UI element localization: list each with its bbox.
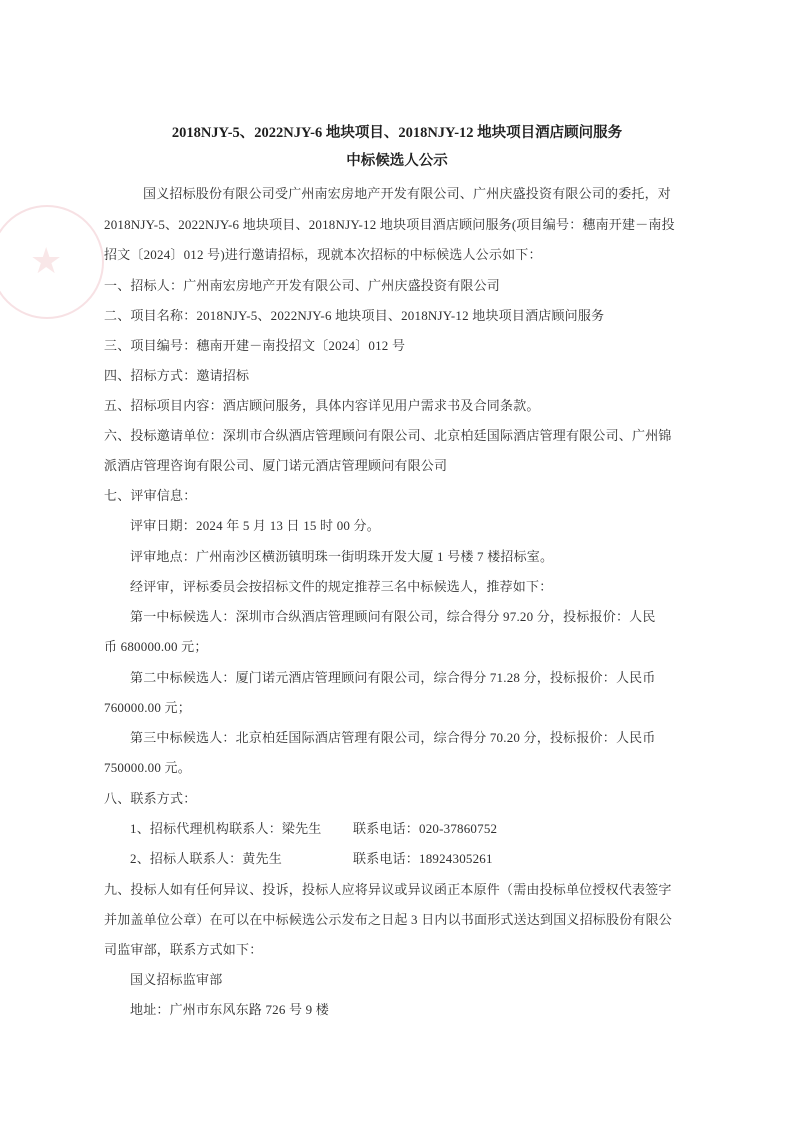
candidate-2-line-1: 第二中标候选人：厦门诺元酒店管理顾问有限公司，综合得分 71.28 分，投标报价…	[130, 667, 656, 686]
agent-contact: 1、招标代理机构联系人：梁先生	[130, 818, 322, 837]
intro-line-3: 招文〔2024〕012 号)进行邀请招标，现就本次招标的中标候选人公示如下：	[104, 244, 542, 263]
tenderer-contact: 2、招标人联系人：黄先生	[130, 848, 282, 867]
tenderer-phone: 联系电话：18924305261	[353, 848, 493, 867]
section-project-number: 三、项目编号：穗南开建－南投招文〔2024〕012 号	[104, 335, 405, 354]
review-date: 评审日期：2024 年 5 月 13 日 15 时 00 分。	[130, 515, 380, 534]
supervision-address: 地址：广州市东风东路 726 号 9 楼	[130, 999, 329, 1018]
objection-line-3: 司监审部，联系方式如下：	[104, 939, 262, 958]
supervision-dept: 国义招标监审部	[130, 969, 222, 988]
agent-phone: 联系电话：020-37860752	[353, 818, 497, 837]
section-tender-method: 四、招标方式：邀请招标	[104, 365, 249, 384]
section-review-info: 七、评审信息：	[104, 485, 196, 504]
section-contacts: 八、联系方式：	[104, 788, 196, 807]
star-icon: ★	[30, 241, 62, 282]
candidate-1-line-1: 第一中标候选人：深圳市合纵酒店管理顾问有限公司，综合得分 97.20 分，投标报…	[130, 606, 656, 625]
objection-line-2: 并加盖单位公章）在可以在中标候选公示发布之日起 3 日内以书面形式送达到国义招标…	[104, 909, 672, 928]
candidate-1-line-2: 币 680000.00 元；	[104, 636, 208, 655]
candidate-3-line-1: 第三中标候选人：北京柏廷国际酒店管理有限公司，综合得分 70.20 分，投标报价…	[130, 727, 656, 746]
section-invited-bidders-2: 派酒店管理咨询有限公司、厦门诺元酒店管理顾问有限公司	[104, 455, 447, 474]
document-title: 2018NJY-5、2022NJY-6 地块项目、2018NJY-12 地块项目…	[0, 121, 794, 142]
review-result: 经评审，评标委员会按招标文件的规定推荐三名中标候选人，推荐如下：	[130, 576, 552, 595]
section-tender-content: 五、招标项目内容：酒店顾问服务，具体内容详见用户需求书及合同条款。	[104, 395, 540, 414]
intro-line-1: 国义招标股份有限公司受广州南宏房地产开发有限公司、广州庆盛投资有限公司的委托，对	[143, 183, 671, 202]
candidate-3-line-2: 750000.00 元。	[104, 757, 191, 776]
intro-line-2: 2018NJY-5、2022NJY-6 地块项目、2018NJY-12 地块项目…	[104, 214, 675, 233]
candidate-2-line-2: 760000.00 元；	[104, 697, 191, 716]
objection-line-1: 九、投标人如有任何异议、投诉，投标人应将异议或异议函正本原件（需由投标单位授权代…	[104, 879, 672, 898]
review-location: 评审地点：广州南沙区横沥镇明珠一街明珠开发大厦 1 号楼 7 楼招标室。	[130, 546, 553, 565]
section-project-name: 二、项目名称：2018NJY-5、2022NJY-6 地块项目、2018NJY-…	[104, 305, 604, 324]
document-page: ★ 2018NJY-5、2022NJY-6 地块项目、2018NJY-12 地块…	[0, 0, 794, 1123]
section-invited-bidders-1: 六、投标邀请单位：深圳市合纵酒店管理顾问有限公司、北京柏廷国际酒店管理有限公司、…	[104, 425, 672, 444]
document-subtitle: 中标候选人公示	[0, 149, 794, 170]
section-tenderer: 一、招标人：广州南宏房地产开发有限公司、广州庆盛投资有限公司	[104, 275, 500, 294]
red-seal-stamp: ★	[0, 205, 104, 319]
